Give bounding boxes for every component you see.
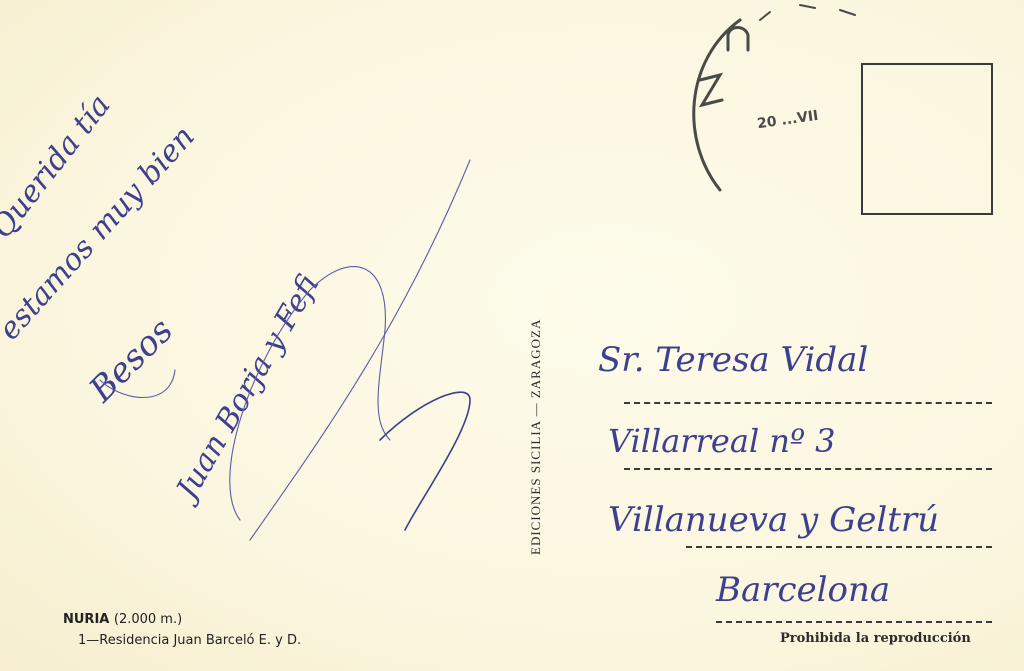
caption-title: NURIA (2.000 m.) [63,612,182,627]
caption-subtitle: 1—Residencia Juan Barceló E. y D. [78,633,301,648]
address-rule-4 [716,621,992,623]
address-line-2: Villarreal nº 3 [608,422,836,460]
copyright-notice: Prohibida la reproducción [780,631,971,646]
publisher-text: EDICIONES SICILIA — ZARAGOZA [528,195,544,555]
address-rule-3 [686,546,992,548]
address-rule-1 [624,402,992,404]
address-line-4: Barcelona [716,570,890,610]
address-line-1: Sr. Teresa Vidal [598,340,868,380]
caption-place: NURIA [63,612,109,627]
address-line-3: Villanueva y Geltrú [608,500,939,540]
caption-altitude: (2.000 m.) [114,612,182,627]
stamp-placeholder [861,63,993,215]
postcard-back: Querida tía estamos muy bien Besos Juan … [0,0,1024,671]
address-rule-2 [624,468,992,470]
